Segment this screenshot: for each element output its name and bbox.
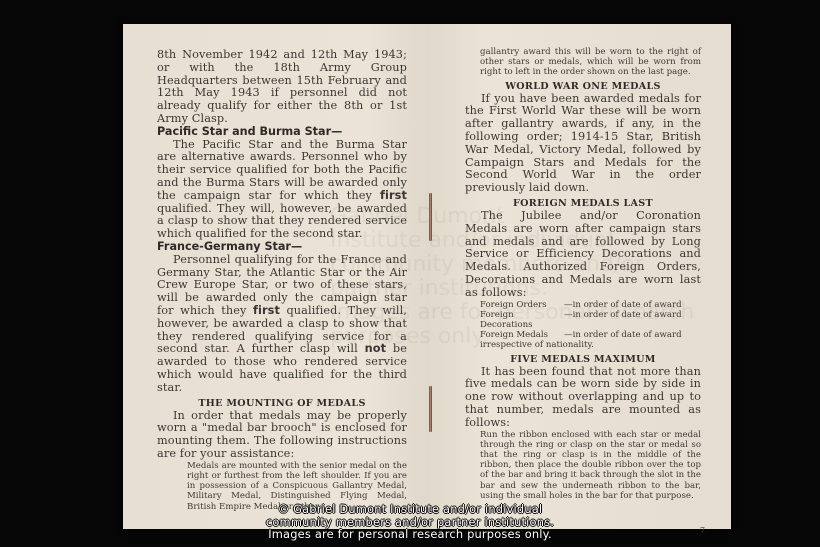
mounting-of-medals-heading: THE MOUNTING OF MEDALS — [157, 397, 407, 410]
list-item: Foreign Decorations—in order of date of … — [480, 310, 701, 330]
staple-bottom — [429, 386, 432, 432]
continued-instructions: gallantry award this will be worn to the… — [465, 47, 701, 78]
pacific-star-paragraph: The Pacific Star and the Burma Star are … — [157, 139, 407, 241]
mounting-paragraph: In order that medals may be properly wor… — [157, 410, 407, 461]
continued-small-text: gallantry award this will be worn to the… — [480, 47, 701, 78]
list-item-label: Foreign Medals — [480, 330, 564, 340]
list-item-label: Foreign Orders — [480, 300, 564, 310]
list-item: Foreign Medals—in order of date of award — [480, 330, 701, 340]
list-item-label: Foreign Decorations — [480, 310, 564, 330]
foreign-order-list: Foreign Orders—in order of date of award… — [465, 300, 701, 351]
text-span: qualified. They will, however, be awarde… — [157, 202, 407, 241]
five-medals-small-text: Run the ribbon enclosed with each star o… — [480, 430, 701, 501]
list-item: Foreign Orders—in order of date of award — [480, 300, 701, 310]
list-item-rule: —in order of date of award — [564, 330, 682, 340]
emphasis-first: first — [253, 304, 280, 317]
list-item-rule: —in order of date of award — [564, 300, 682, 310]
five-medals-instructions: Run the ribbon enclosed with each star o… — [465, 430, 701, 501]
foreign-paragraph: The Jubilee and/or Coronation Medals are… — [465, 210, 701, 300]
copyright-notice: © Gabriel Dumont Institute and/or indivi… — [250, 503, 570, 541]
copyright-line: Images are for personal research purpose… — [250, 528, 570, 541]
ww1-medals-heading: WORLD WAR ONE MEDALS — [465, 80, 701, 93]
right-page: gallantry award this will be worn to the… — [465, 47, 701, 501]
foreign-note: irrespective of nationality. — [480, 340, 701, 350]
list-item-rule: —in order of date of award — [564, 310, 682, 330]
emphasis-first: first — [380, 189, 407, 202]
intro-paragraph: 8th November 1942 and 12th May 1943; or … — [157, 49, 407, 126]
five-medals-heading: FIVE MEDALS MAXIMUM — [465, 353, 701, 366]
emphasis-not: not — [365, 342, 387, 355]
left-page: 8th November 1942 and 12th May 1943; or … — [157, 49, 407, 512]
five-medals-paragraph: It has been found that not more than fiv… — [465, 366, 701, 430]
ww1-paragraph: If you have been awarded medals for the … — [465, 93, 701, 195]
booklet-spread: 8th November 1942 and 12th May 1943; or … — [123, 24, 731, 529]
page-number: 7 — [700, 526, 705, 535]
text-span: The Pacific Star and the Burma Star are … — [157, 138, 407, 202]
staple-top — [429, 193, 432, 241]
copyright-line: © Gabriel Dumont Institute and/or indivi… — [250, 503, 570, 516]
france-germany-star-paragraph: Personnel qualifying for the France and … — [157, 254, 407, 395]
